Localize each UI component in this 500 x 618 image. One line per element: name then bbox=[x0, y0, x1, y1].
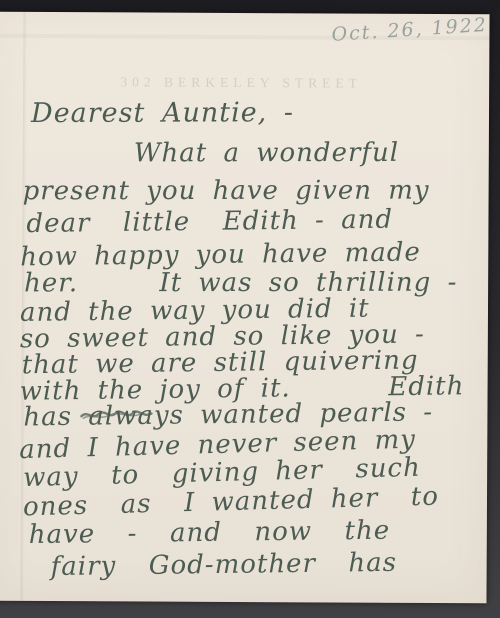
scan-background: Oct. 26, 1922 302 BERKELEY STREET Deares… bbox=[0, 0, 500, 618]
letterhead: 302 BERKELEY STREET bbox=[0, 74, 489, 93]
letter-paper: Oct. 26, 1922 302 BERKELEY STREET Deares… bbox=[0, 12, 490, 604]
date-annotation: Oct. 26, 1922 bbox=[331, 14, 489, 46]
handwritten-line: her. It was so thrilling - bbox=[24, 268, 457, 299]
correction-scribble bbox=[79, 407, 153, 423]
handwritten-line: What a wonderful bbox=[134, 138, 399, 168]
handwritten-line: have - and now the bbox=[29, 516, 391, 550]
handwritten-line: dear little Edith - and bbox=[26, 205, 393, 239]
handwritten-line: present you have given my bbox=[23, 176, 430, 207]
handwritten-line: fairy God-mother has bbox=[50, 548, 397, 582]
salutation-line: Dearest Auntie, - bbox=[31, 97, 294, 129]
